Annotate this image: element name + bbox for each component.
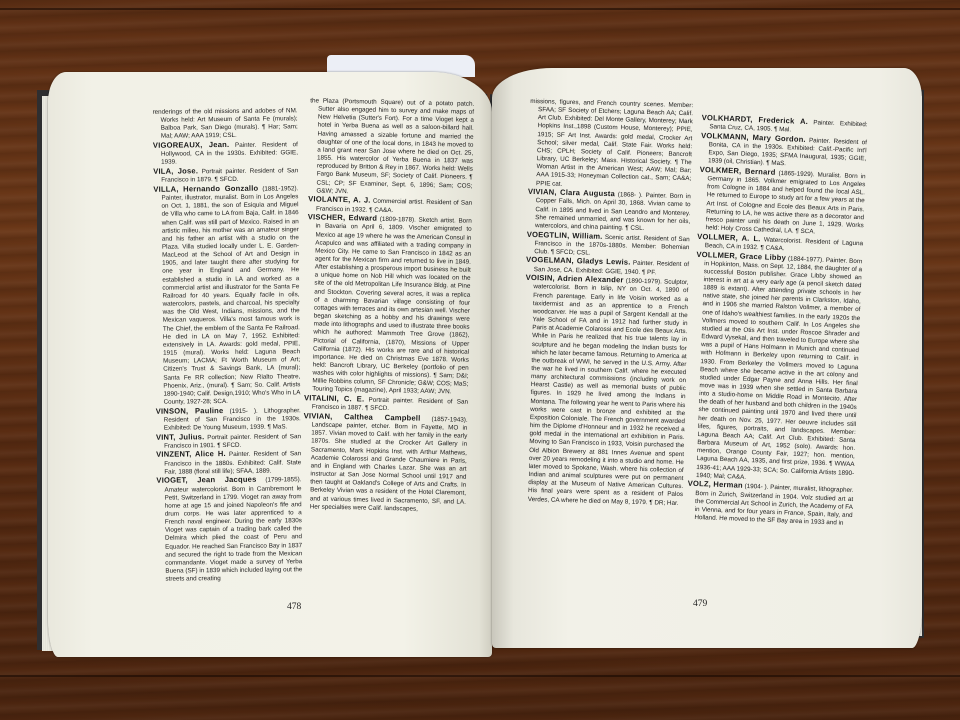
entry-text: (1809-1878). Sketch artist. Born in Bava… xyxy=(312,216,472,396)
floor-seam xyxy=(0,8,960,10)
dictionary-entry: renderings of the old missions and adobe… xyxy=(153,107,298,141)
dictionary-entry: VILLA, Hernando Gonzallo (1881-1952). Pa… xyxy=(153,184,300,407)
dictionary-entry: VINSON, Pauline (1915- ). Lithographer. … xyxy=(156,406,301,433)
entry-text: (1857-1943). Landscape painter, etcher. … xyxy=(310,416,468,512)
entry-text: renderings of the old missions and adobe… xyxy=(153,107,298,140)
entry-text: missions, figures, and French country sc… xyxy=(530,98,693,187)
dictionary-entry: VIGOREAUX, Jean. Painter. Resident of Ho… xyxy=(153,140,298,167)
entry-text: (1890-1979). Sculptor, watercolorist. Bo… xyxy=(528,278,689,507)
dictionary-entry: VIVIAN, Calthea Campbell (1857-1943). La… xyxy=(302,412,468,514)
entry-name: VOEGTLIN, William. xyxy=(527,229,603,240)
left-page-column-1: renderings of the old missions and adobe… xyxy=(153,107,303,584)
right-page-column-1: missions, figures, and French country sc… xyxy=(520,98,694,508)
dictionary-entry: VIVIAN, Clara Augusta (1868- ). Painter.… xyxy=(527,188,691,234)
dictionary-entry: VOLZ, Herman (1904- ). Painter, muralist… xyxy=(686,480,853,528)
entry-name: VISCHER, Edward xyxy=(308,212,378,222)
entry-text: (1904- ). Painter, muralist, lithographe… xyxy=(694,483,853,526)
entry-text: the Plaza (Portsmouth Square) out of a p… xyxy=(310,97,474,195)
entry-name: VIOLANTE, A. J. xyxy=(308,195,371,205)
dictionary-entry: VINZENT, Alice H. Painter. Resident of S… xyxy=(156,450,301,477)
dictionary-entry: VILA, Jose. Portrait painter. Resident o… xyxy=(153,166,298,185)
entry-name: VINSON, Pauline xyxy=(156,406,224,416)
entry-text: (1884-1977). Painter. Born in Hopkinton,… xyxy=(696,255,863,481)
entry-name: VIGOREAUX, Jean. xyxy=(153,140,229,150)
right-page-column-2: VOLKHARDT, Frederick A. Painter. Exhibit… xyxy=(686,114,868,528)
entry-name: VILLA, Hernando Gonzallo xyxy=(153,184,258,194)
entry-name: VINT, Julius. xyxy=(156,432,205,442)
dictionary-entry: VINT, Julius. Portrait painter. Resident… xyxy=(156,432,301,451)
page-number-right: 479 xyxy=(693,599,707,609)
page-number-left: 478 xyxy=(287,602,301,612)
dictionary-entry: VOLKMER, Bernard (1865-1929). Muralist. … xyxy=(697,166,865,239)
dictionary-entry: VOLLMER, Grace Libby (1884-1977). Painte… xyxy=(688,250,863,486)
entry-name: VOLZ, Herman xyxy=(688,479,743,490)
entry-name: VITALINI, C. E. xyxy=(304,393,364,403)
dictionary-entry: missions, figures, and French country sc… xyxy=(528,98,693,192)
entry-name: VIOGET, Jean Jacques xyxy=(156,475,256,485)
floor-seam xyxy=(0,675,960,677)
dictionary-entry: the Plaza (Portsmouth Square) out of a p… xyxy=(308,97,474,198)
entry-text: (1881-1952). Painter, illustrator, mural… xyxy=(161,185,300,405)
dictionary-entry: VOISIN, Adrien Alexander (1890-1979). Sc… xyxy=(520,274,689,508)
dictionary-entry: VIOGET, Jean Jacques (1799-1855). Amateu… xyxy=(156,476,302,585)
entry-text: (1799-1855). Amateur watercolorist. Born… xyxy=(164,477,302,583)
entry-name: VINZENT, Alice H. xyxy=(156,449,226,459)
left-page-column-2: the Plaza (Portsmouth Square) out of a p… xyxy=(302,97,475,514)
entry-name: VILA, Jose. xyxy=(153,166,198,175)
entry-text: (1865-1929). Muralist. Born in Germany i… xyxy=(705,170,865,236)
dictionary-entry: VISCHER, Edward (1809-1878). Sketch arti… xyxy=(304,213,472,397)
